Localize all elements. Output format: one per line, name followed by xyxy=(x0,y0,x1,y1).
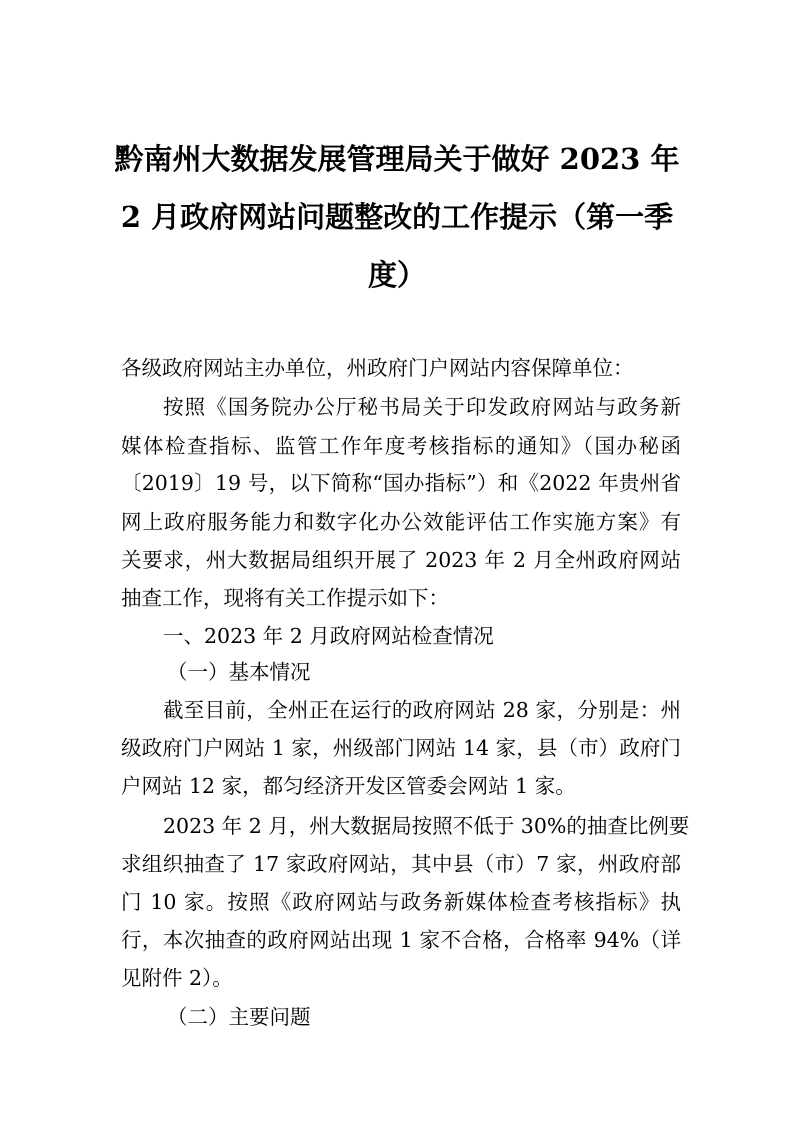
basic-info-line: 户网站 12 家，都匀经济开发区管委会网站 1 家。 xyxy=(121,773,681,799)
section-1-heading: 一、2023 年 2 月政府网站检查情况 xyxy=(163,623,681,649)
inspection-line: 门 10 家。按照《政府网站与政务新媒体检查考核指标》执 xyxy=(121,889,681,915)
salutation: 各级政府网站主办单位，州政府门户网站内容保障单位： xyxy=(121,355,681,381)
document-page: 黔南州大数据发展管理局关于做好 2023 年 2 月政府网站问题整改的工作提示（… xyxy=(0,0,794,1122)
subsection-2-heading: （二）主要问题 xyxy=(167,1004,727,1030)
intro-paragraph-line: 抽查工作，现将有关工作提示如下： xyxy=(121,585,681,611)
intro-paragraph-line: 按照《国务院办公厅秘书局关于印发政府网站与政务新 xyxy=(163,394,681,420)
intro-paragraph-line: 网上政府服务能力和数字化办公效能评估工作实施方案》有 xyxy=(121,509,681,535)
inspection-line: 行，本次抽查的政府网站出现 1 家不合格，合格率 94%（详 xyxy=(121,927,681,953)
basic-info-line: 级政府门户网站 1 家，州级部门网站 14 家，县（市）政府门 xyxy=(121,735,681,761)
document-title-line-2: 2 月政府网站问题整改的工作提示（第一季 xyxy=(0,200,794,234)
inspection-line: 2023 年 2 月，州大数据局按照不低于 30%的抽查比例要 xyxy=(163,813,681,839)
document-title-line-1: 黔南州大数据发展管理局关于做好 2023 年 xyxy=(0,142,794,176)
inspection-line: 见附件 2）。 xyxy=(121,965,681,991)
inspection-line: 求组织抽查了 17 家政府网站，其中县（市）7 家，州政府部 xyxy=(121,851,681,877)
intro-paragraph-line: 〔2019〕19 号，以下简称“国办指标”）和《2022 年贵州省 xyxy=(121,470,681,496)
intro-paragraph-line: 关要求，州大数据局组织开展了 2023 年 2 月全州政府网站 xyxy=(121,547,681,573)
intro-paragraph-line: 媒体检查指标、监管工作年度考核指标的通知》（国办秘函 xyxy=(121,433,681,459)
subsection-1-heading: （一）基本情况 xyxy=(167,659,727,685)
basic-info-line: 截至目前，全州正在运行的政府网站 28 家，分别是：州 xyxy=(163,697,681,723)
document-title-line-3: 度） xyxy=(0,258,794,292)
